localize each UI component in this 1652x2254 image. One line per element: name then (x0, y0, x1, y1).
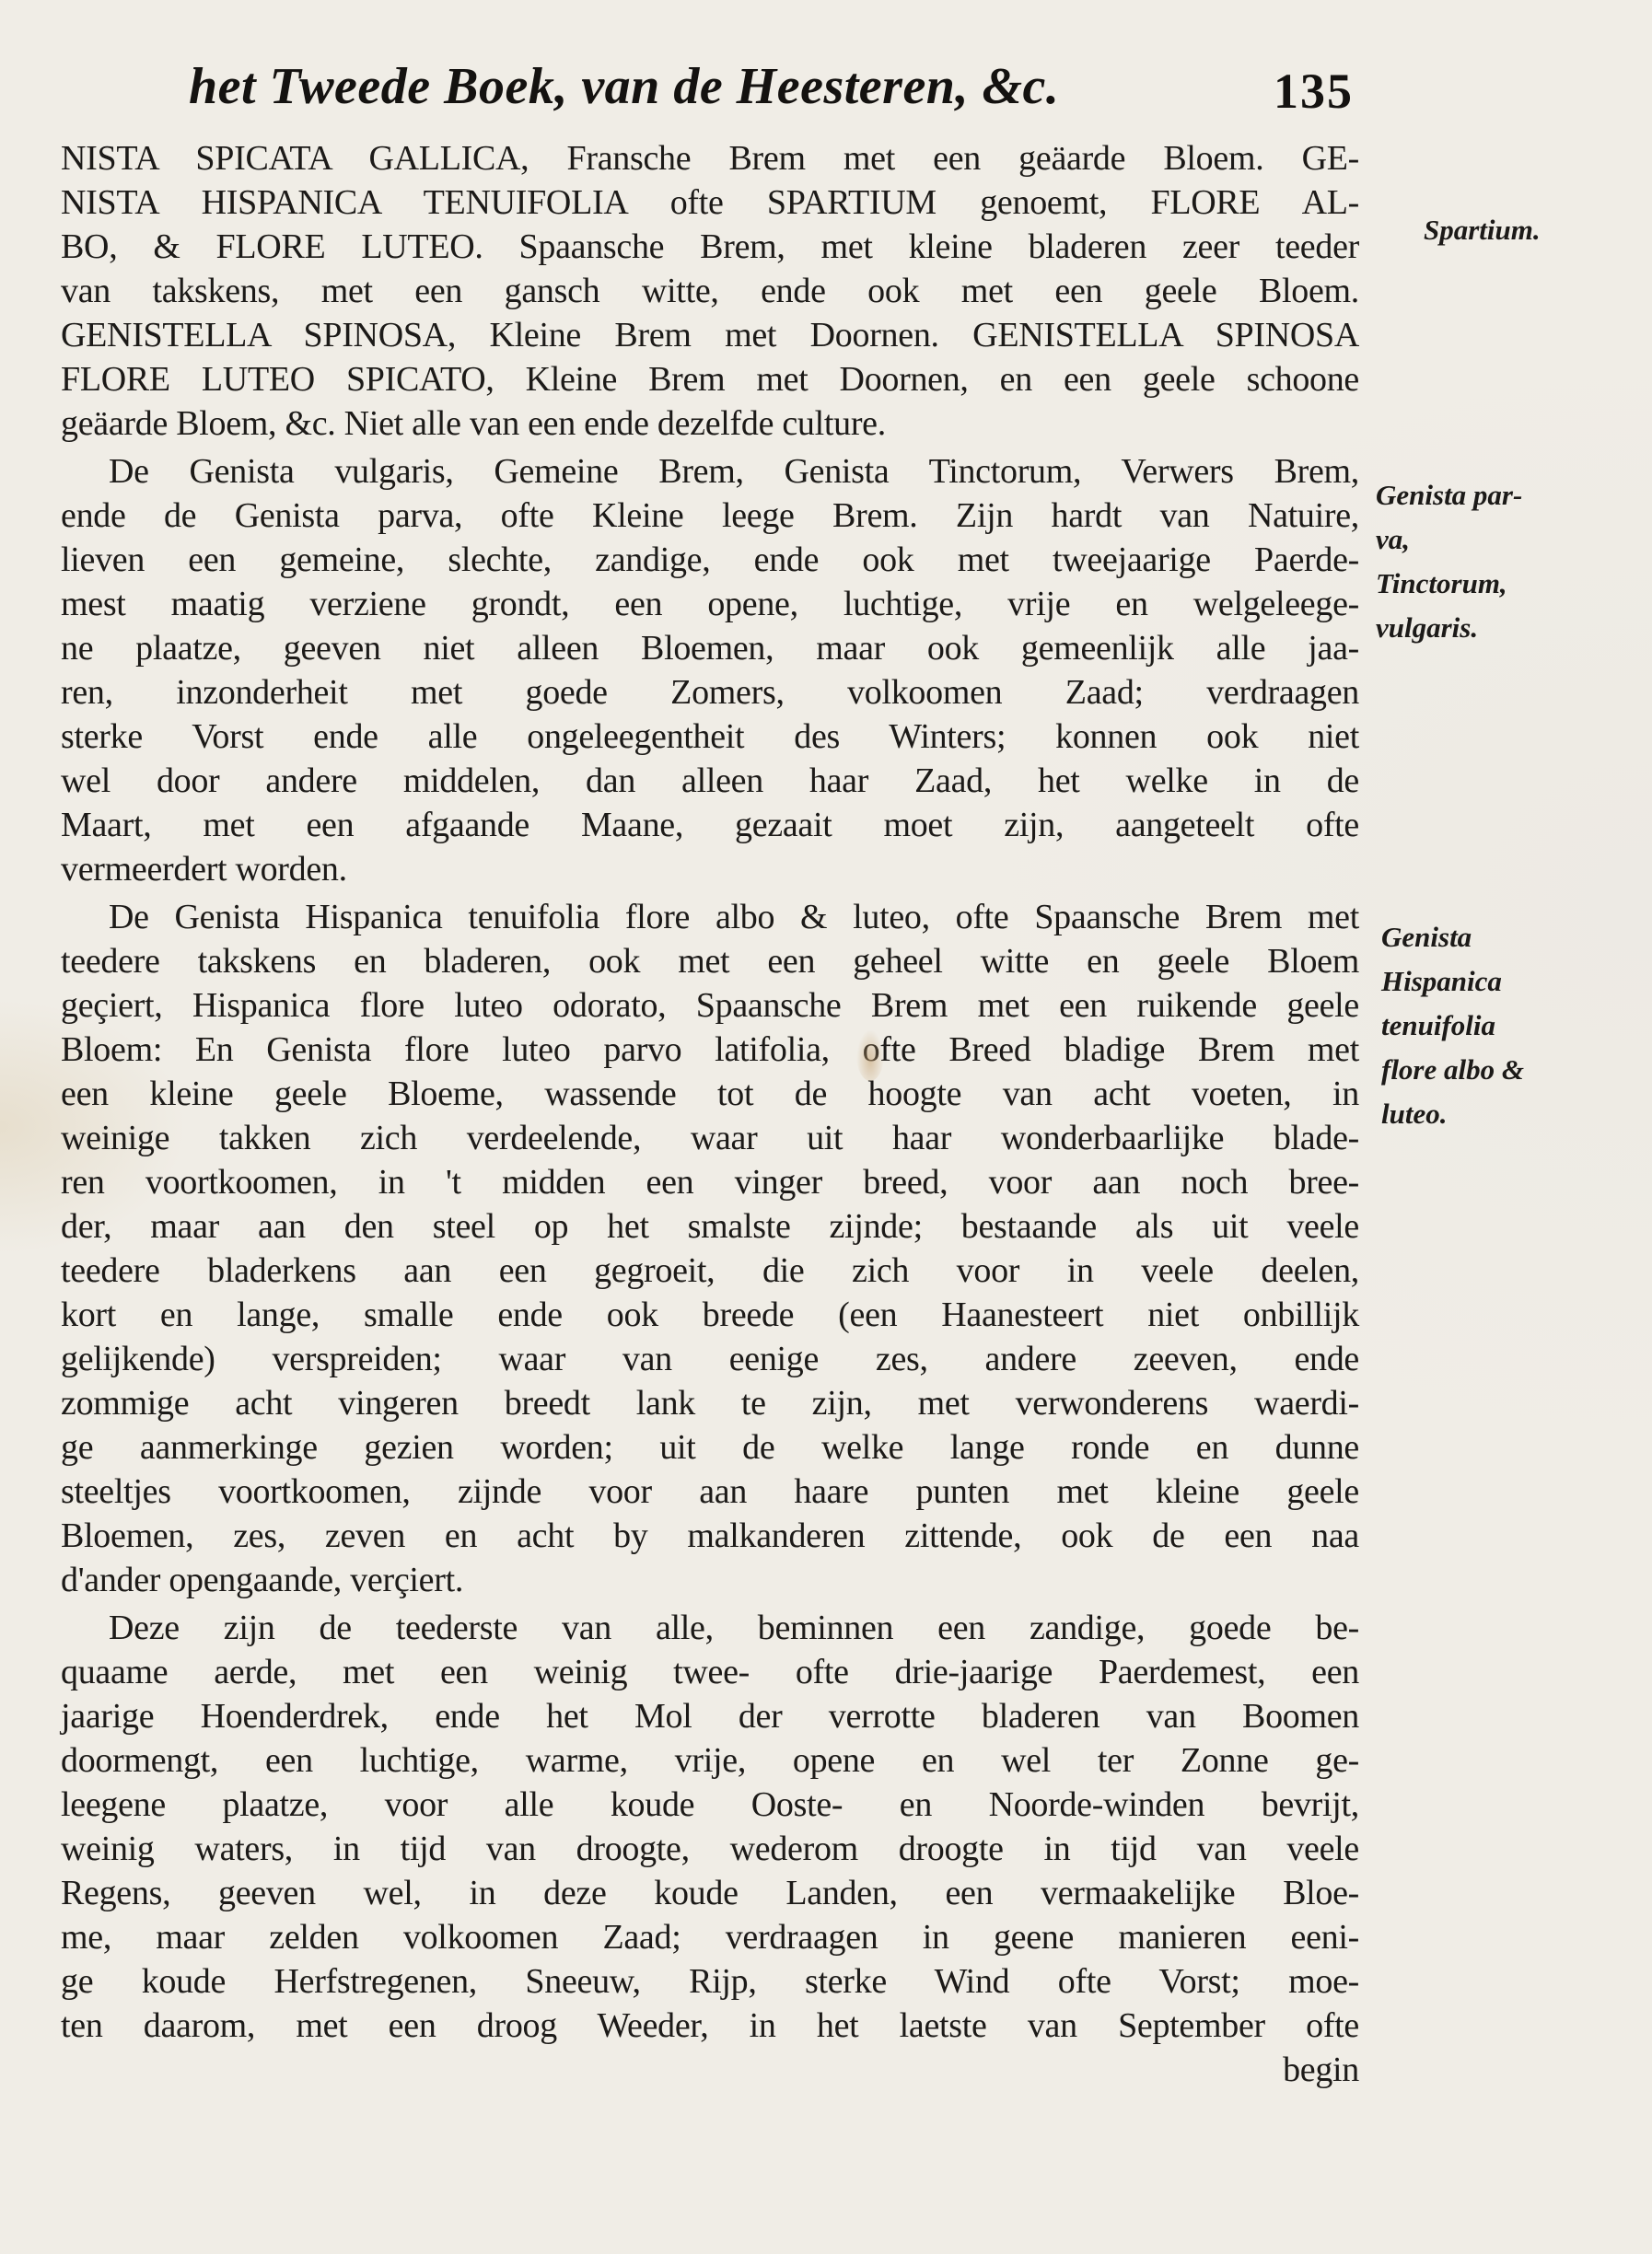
text-line: Bloemen, zes, zeven en acht by malkander… (61, 1514, 1359, 1558)
text-line: ren voortkoomen, in 't midden een vinger… (61, 1160, 1359, 1204)
text-line: van takskens, met een gansch witte, ende… (61, 269, 1359, 313)
text-line: ten daarom, met een droog Weeder, in het… (61, 2004, 1359, 2048)
text-line: jaarige Hoenderdrek, ende het Mol der ve… (61, 1694, 1359, 1738)
text-line: doormengt, een luchtige, warme, vrije, o… (61, 1738, 1359, 1783)
text-line: GENISTELLA SPINOSA, Kleine Brem met Door… (61, 313, 1359, 357)
text-line: ge aanmerkinge gezien worden; uit de wel… (61, 1425, 1359, 1470)
text-line: d'ander opengaande, verçiert. (61, 1558, 1359, 1602)
text-line: weinig waters, in tijd van droogte, wede… (61, 1827, 1359, 1871)
text-line: der, maar aan den steel op het smalste z… (61, 1204, 1359, 1249)
text-line: leegene plaatze, voor alle koude Ooste- … (61, 1783, 1359, 1827)
margin-note-genista-parva: Genista par- va, Tinctorum, vulgaris. (1376, 473, 1522, 650)
catchword: begin (61, 2048, 1359, 2092)
text-line: quaame aerde, met een weinig twee- ofte … (61, 1650, 1359, 1694)
text-line: wel door andere middelen, dan alleen haa… (61, 759, 1359, 803)
text-line: zommige acht vingeren breedt lank te zij… (61, 1381, 1359, 1425)
paper-stain (856, 1029, 884, 1081)
body-text: NISTA SPICATA GALLICA, Fransche Brem met… (61, 136, 1359, 2092)
text-line: ren, inzonderheit met goede Zomers, volk… (61, 670, 1359, 715)
text-line: sterke Vorst ende alle ongeleegentheit d… (61, 715, 1359, 759)
text-line: geçiert, Hispanica flore luteo odorato, … (61, 983, 1359, 1028)
text-line: Deze zijn de teederste van alle, beminne… (61, 1606, 1359, 1650)
text-line: De Genista Hispanica tenuifolia flore al… (61, 895, 1359, 939)
text-line: NISTA SPICATA GALLICA, Fransche Brem met… (61, 136, 1359, 180)
text-line: NISTA HISPANICA TENUIFOLIA ofte SPARTIUM… (61, 180, 1359, 225)
text-line: steeltjes voortkoomen, zijnde voor aan h… (61, 1470, 1359, 1514)
text-line: ge koude Herfstregenen, Sneeuw, Rijp, st… (61, 1959, 1359, 2004)
text-line: ne plaatze, geeven niet alleen Bloemen, … (61, 626, 1359, 670)
text-line: FLORE LUTEO SPICATO, Kleine Brem met Doo… (61, 357, 1359, 401)
text-line: lieven een gemeine, slechte, zandige, en… (61, 538, 1359, 582)
text-line: kort en lange, smalle ende ook breede (e… (61, 1293, 1359, 1337)
margin-note-spartium: Spartium. (1424, 208, 1541, 252)
text-line: De Genista vulgaris, Gemeine Brem, Genis… (61, 449, 1359, 494)
text-line: vermeerdert worden. (61, 847, 1359, 891)
text-line: weinige takken zich verdeelende, waar ui… (61, 1116, 1359, 1160)
text-line: teedere takskens en bladeren, ook met ee… (61, 939, 1359, 983)
margin-note-genista-hispanica: Genista Hispanica tenuifolia flore albo … (1381, 915, 1524, 1136)
running-title: het Tweede Boek, van de Heesteren, &c. (189, 57, 1059, 116)
text-line: BO, & FLORE LUTEO. Spaansche Brem, met k… (61, 225, 1359, 269)
page-number: 135 (1274, 63, 1354, 120)
text-line: geäarde Bloem, &c. Niet alle van een end… (61, 401, 1359, 446)
text-line: Regens, geeven wel, in deze koude Landen… (61, 1871, 1359, 1915)
text-line: gelijkende) verspreiden; waar van eenige… (61, 1337, 1359, 1381)
page-header: het Tweede Boek, van de Heesteren, &c. 1… (189, 57, 1386, 131)
text-line: een kleine geele Bloeme, wassende tot de… (61, 1072, 1359, 1116)
text-line: Bloem: En Genista flore luteo parvo lati… (61, 1028, 1359, 1072)
text-line: ende de Genista parva, ofte Kleine leege… (61, 494, 1359, 538)
text-line: mest maatig verziene grondt, een opene, … (61, 582, 1359, 626)
text-line: Maart, met een afgaande Maane, gezaait m… (61, 803, 1359, 847)
text-line: me, maar zelden volkoomen Zaad; verdraag… (61, 1915, 1359, 1959)
text-line: teedere bladerkens aan een gegroeit, die… (61, 1249, 1359, 1293)
